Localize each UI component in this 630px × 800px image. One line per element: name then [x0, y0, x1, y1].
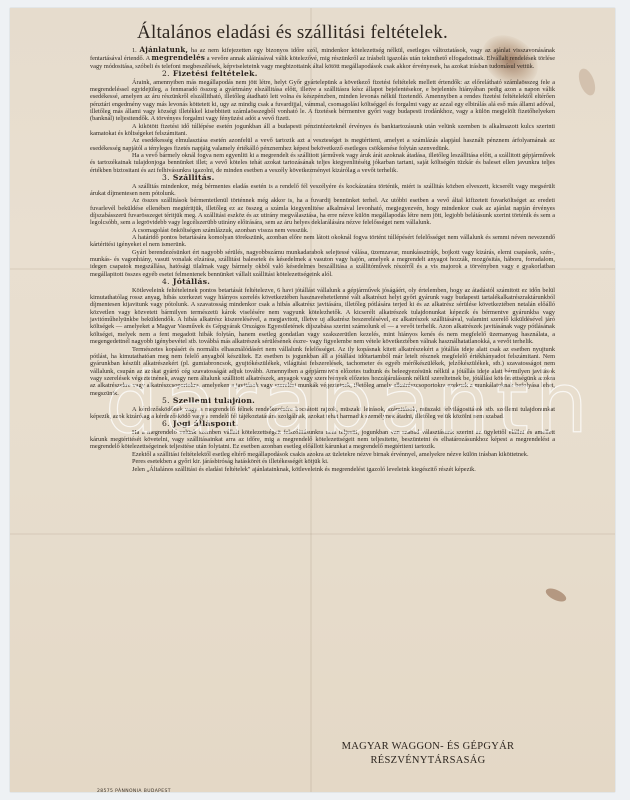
- document-title: Általános eladási és szállitási feltétel…: [40, 22, 545, 44]
- company-signature: MAGYAR WAGGON- ÉS GÉPGYÁR RÉSZVÉNYTÁRSAS…: [328, 740, 528, 768]
- paragraph: Ha a megrendelő velünk szemben vállalt k…: [90, 429, 555, 451]
- paragraph: Peres esetekben a győri kir. járásbirósá…: [90, 458, 555, 465]
- paragraph: A kikötött fizetési idő túllépése esetén…: [90, 123, 555, 138]
- fold-line-horizontal-lower: [10, 533, 615, 535]
- paragraph: Ha a vevő bármely oknál fogva nem egyenl…: [90, 152, 555, 174]
- paragraph: A határidő pontos betartására komolyan t…: [90, 234, 555, 249]
- section-heading: 2. Fizetési feltételek.: [90, 70, 555, 79]
- section-heading: 5. Szellemi tulajdon.: [90, 397, 555, 406]
- section-number: 1.: [132, 47, 137, 54]
- paragraph: Áraink, amennyiben más megállapodás nem …: [90, 79, 555, 123]
- paragraph: Ezektől a szállitási feltételektől esetl…: [90, 451, 555, 458]
- paragraph: Jelen „Általános szállitási és eladási f…: [90, 466, 555, 473]
- stain-mark: [544, 586, 568, 604]
- paragraph: Az összes szállitások bérmentetlenül tör…: [90, 197, 555, 226]
- paragraph: A csomagolást önköltségen számlázzuk, az…: [90, 227, 555, 234]
- section-heading: 3. Szállitás.: [90, 174, 555, 183]
- printer-mark: 28575 PÁNNONIA BUDAPEST: [97, 789, 171, 794]
- paragraph: A szállitás mindenkor, még bérmentes ela…: [90, 183, 555, 198]
- paragraph: Kötleveleink feltételeinek pontos betart…: [90, 287, 555, 346]
- signature-line-1: MAGYAR WAGGON- ÉS GÉPGYÁR: [328, 740, 528, 754]
- signature-line-2: RÉSZVÉNYTÁRSASÁG: [328, 754, 528, 768]
- emphasis-term: megrendelés: [151, 53, 205, 62]
- paragraph: A kérdezősködőnek vagy a megrendelő féln…: [90, 406, 555, 421]
- stain-mark: [576, 66, 599, 97]
- paragraph: Természetes kopásért és normális elhaszn…: [90, 346, 555, 397]
- paragraph: Az esedékesség elmulasztása esetén azonf…: [90, 137, 555, 152]
- section-heading: 6. Jogi álláspont.: [90, 420, 555, 429]
- paragraph: Gyári berendezésünket ért nagyobb sérülé…: [90, 249, 555, 278]
- section-1-paragraph: 1. Ajánlatunk, ha az nem kifejezetten eg…: [90, 46, 555, 70]
- document-page: Általános eladási és szállitási feltétel…: [10, 8, 615, 792]
- document-body: 1. Ajánlatunk, ha az nem kifejezetten eg…: [90, 46, 555, 473]
- section-heading: 4. Jótállás.: [90, 278, 555, 287]
